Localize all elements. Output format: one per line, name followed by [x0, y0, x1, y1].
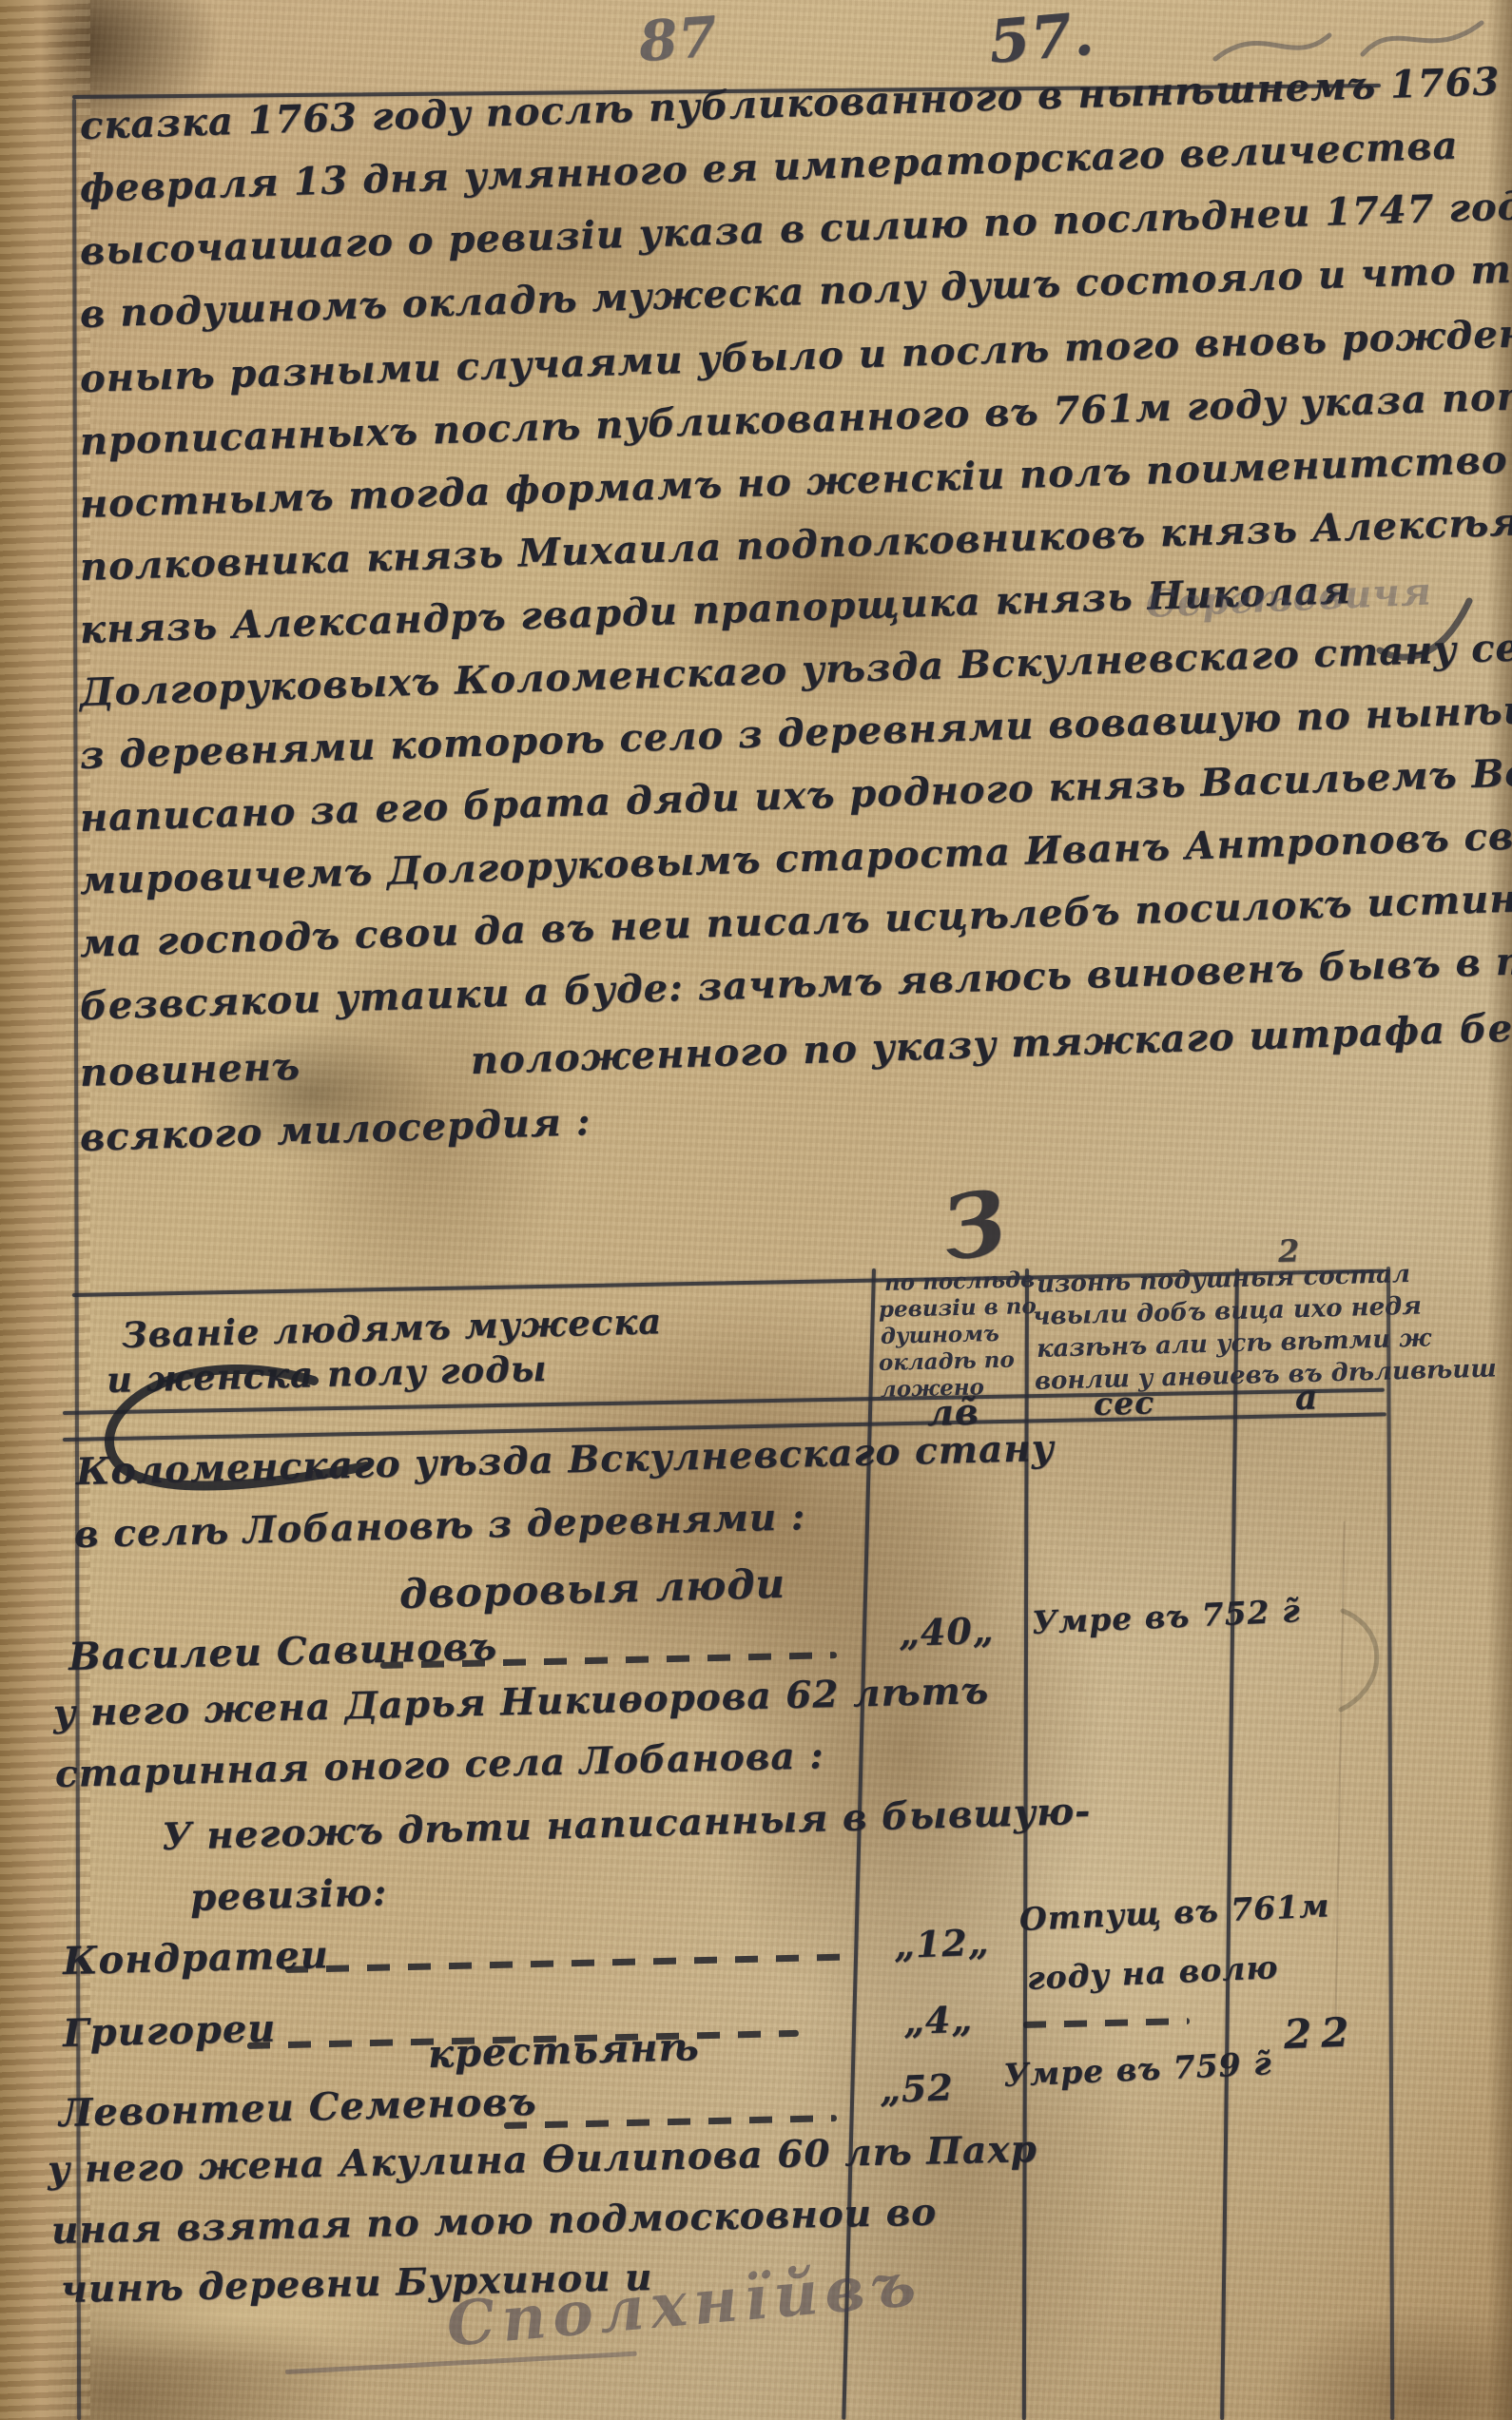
person-note: Умре въ 759 г̃: [1002, 2047, 1272, 2092]
family-note: у него жена Акулина Ѳилипова 60 лѣ Пахр: [48, 2130, 1038, 2190]
person-note: Умре въ 752 г̃: [1031, 1595, 1301, 1639]
col-prev-header-line: по послѣдв: [884, 1268, 1036, 1295]
group-heading: крестьянѣ: [427, 2027, 700, 2075]
family-note: иная взятая по мою подмосковнои во: [51, 2193, 938, 2250]
folio-number-old: 87: [637, 8, 720, 71]
col-prev-header-line: окладѣ по: [879, 1349, 1015, 1376]
person-now-age: 22: [1283, 2011, 1359, 2056]
header-swash-icon: [90, 1360, 376, 1521]
fold-crease: [1334, 1521, 1345, 2035]
tally-prev: лв̃: [926, 1393, 979, 1432]
family-note: старинная оного села Лобанова :: [54, 1736, 824, 1794]
person-name: Василеи Савиновъ: [68, 1627, 497, 1677]
dash-leader: [285, 1954, 846, 1973]
col-prev-header-line: душномъ: [881, 1323, 999, 1348]
person-note: году на волю: [1026, 1951, 1279, 1996]
group-heading: дворовыя люди: [398, 1563, 785, 1616]
person-note: Отпущ въ 761м: [1018, 1889, 1330, 1936]
table-row-header-1: Званіе людямъ мужеска: [121, 1303, 662, 1354]
tally-now: а: [1295, 1380, 1319, 1416]
person-age-prev: „12„: [893, 1924, 990, 1965]
person-name: Левонтеи Семеновъ: [58, 2082, 537, 2134]
person-name: Кондратеи: [62, 1935, 329, 1982]
manuscript-page: 87 57. сказка 1763 году послѣ публикован…: [0, 0, 1512, 2420]
dash-leader: [504, 2115, 837, 2129]
page-right-edge: [1487, 0, 1512, 2420]
family-note: у него жена Дарья Никиѳорова 62 лѣтъ: [52, 1672, 989, 1733]
col-prev-header-line: ревизіи в по: [879, 1295, 1037, 1322]
person-age-prev: „52: [879, 2068, 954, 2109]
folio-number-new: 57.: [986, 2, 1096, 73]
family-note: У негожъ дѣти написанныя в бывшую-: [161, 1792, 1091, 1857]
table-vertical-right: [1386, 1267, 1394, 2420]
table-vertical-3: [1220, 1268, 1238, 2420]
person-age-prev: „40„: [898, 1612, 995, 1653]
body-line: всякого милосердия :: [79, 1102, 591, 1158]
family-note: ревизію:: [189, 1873, 387, 1918]
z-flourish: З: [936, 1175, 1014, 1276]
person-name: Григореи: [62, 2009, 276, 2054]
tally-out: сес: [1094, 1386, 1155, 1421]
dash-leader: [1023, 2018, 1190, 2028]
person-age-prev: „4„: [902, 2000, 974, 2040]
